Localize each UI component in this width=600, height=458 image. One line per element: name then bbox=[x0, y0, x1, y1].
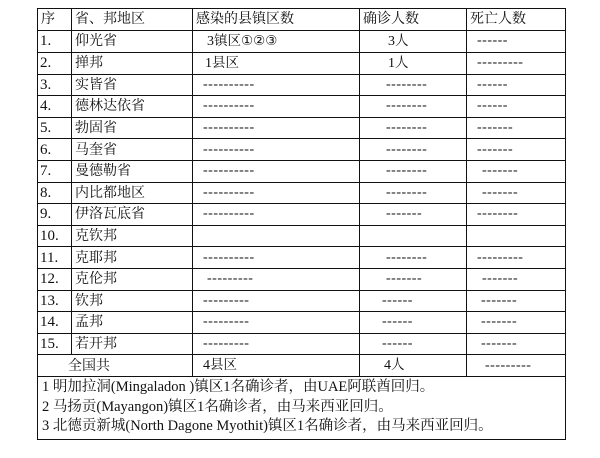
row-region: 孟邦 bbox=[72, 312, 193, 334]
footnotes-row: 1 明加拉洞(Mingaladon )镇区1名确诊者，由UAE阿联酋回归。 2 … bbox=[38, 377, 566, 440]
row-region: 掸邦 bbox=[72, 52, 193, 74]
row-deaths: -------- bbox=[467, 204, 566, 226]
row-index: 2. bbox=[38, 52, 72, 74]
row-region: 内比都地区 bbox=[72, 182, 193, 204]
row-region: 马奎省 bbox=[72, 139, 193, 161]
confirmed-count: 3 bbox=[388, 34, 395, 49]
row-townships: ---------- bbox=[193, 74, 360, 96]
row-index: 6. bbox=[38, 139, 72, 161]
row-confirmed: -------- bbox=[360, 117, 467, 139]
row-deaths: ------- bbox=[467, 333, 566, 355]
row-region: 德林达依省 bbox=[72, 96, 193, 118]
row-confirmed: -------- bbox=[360, 182, 467, 204]
table-row: 4. 德林达依省 ---------- -------- ------ bbox=[38, 96, 566, 118]
header-townships: 感染的县镇区数 bbox=[193, 9, 360, 31]
row-confirmed: -------- bbox=[360, 160, 467, 182]
table-header-row: 序 省、邦地区 感染的县镇区数 确诊人数 死亡人数 bbox=[38, 9, 566, 31]
row-confirmed: -------- bbox=[360, 139, 467, 161]
row-index: 11. bbox=[38, 247, 72, 269]
row-deaths bbox=[467, 225, 566, 247]
row-confirmed: ------ bbox=[360, 312, 467, 334]
row-townships: --------- bbox=[193, 333, 360, 355]
row-townships: ---------- bbox=[193, 247, 360, 269]
total-confirmed-count: 4 bbox=[384, 358, 391, 373]
header-index: 序 bbox=[38, 9, 72, 31]
table-row: 10. 克钦邦 bbox=[38, 225, 566, 247]
total-townships-count: 4 bbox=[203, 358, 210, 373]
table-row: 8. 内比都地区 ---------- -------- ------- bbox=[38, 182, 566, 204]
table-row: 12. 克伦邦 --------- ------- ------- bbox=[38, 268, 566, 290]
row-region: 勃固省 bbox=[72, 117, 193, 139]
header-confirmed: 确诊人数 bbox=[360, 9, 467, 31]
row-confirmed: ------- bbox=[360, 204, 467, 226]
confirmed-unit: 人 bbox=[395, 33, 409, 49]
total-townships: 4县区 bbox=[193, 355, 360, 377]
row-index: 12. bbox=[38, 268, 72, 290]
row-confirmed: -------- bbox=[360, 247, 467, 269]
row-townships: ---------- bbox=[193, 160, 360, 182]
total-row: 全国共 4县区 4人 --------- bbox=[38, 355, 566, 377]
row-index: 1. bbox=[38, 30, 72, 52]
row-townships bbox=[193, 225, 360, 247]
table-row: 3. 实皆省 ---------- -------- ------ bbox=[38, 74, 566, 96]
row-townships: --------- bbox=[193, 268, 360, 290]
row-index: 7. bbox=[38, 160, 72, 182]
row-deaths: ------- bbox=[467, 312, 566, 334]
footnotes: 1 明加拉洞(Mingaladon )镇区1名确诊者，由UAE阿联酋回归。 2 … bbox=[38, 377, 566, 440]
header-deaths: 死亡人数 bbox=[467, 9, 566, 31]
row-index: 4. bbox=[38, 96, 72, 118]
confirmed-unit: 人 bbox=[395, 55, 409, 71]
footnote-2: 2 马扬贡(Mayangon)镇区1名确诊者，由马来西亚回归。 bbox=[42, 398, 565, 418]
row-townships: --------- bbox=[193, 290, 360, 312]
table-row: 9. 伊洛瓦底省 ---------- ------- -------- bbox=[38, 204, 566, 226]
row-confirmed: ------ bbox=[360, 290, 467, 312]
row-deaths: --------- bbox=[467, 52, 566, 74]
row-confirmed: -------- bbox=[360, 74, 467, 96]
table-row: 7. 曼德勒省 ---------- -------- ------- bbox=[38, 160, 566, 182]
row-confirmed: ------ bbox=[360, 333, 467, 355]
row-deaths: ------- bbox=[467, 117, 566, 139]
row-confirmed: ------- bbox=[360, 268, 467, 290]
row-index: 5. bbox=[38, 117, 72, 139]
row-confirmed bbox=[360, 225, 467, 247]
total-deaths: --------- bbox=[467, 355, 566, 377]
table-row: 6. 马奎省 ---------- -------- ------- bbox=[38, 139, 566, 161]
row-region: 仰光省 bbox=[72, 30, 193, 52]
row-townships: ---------- bbox=[193, 204, 360, 226]
row-deaths: ------- bbox=[467, 290, 566, 312]
row-deaths: ------ bbox=[467, 74, 566, 96]
row-confirmed: -------- bbox=[360, 96, 467, 118]
footnote-3: 3 北德贡新城(North Dagone Myothit)镇区1名确诊者，由马来… bbox=[42, 417, 565, 437]
row-deaths: --------- bbox=[467, 247, 566, 269]
header-region: 省、邦地区 bbox=[72, 9, 193, 31]
row-region: 曼德勒省 bbox=[72, 160, 193, 182]
row-townships: --------- bbox=[193, 312, 360, 334]
table-row: 5. 勃固省 ---------- -------- ------- bbox=[38, 117, 566, 139]
row-townships: 3镇区①②③ bbox=[193, 30, 360, 52]
row-townships: ---------- bbox=[193, 117, 360, 139]
row-townships: ---------- bbox=[193, 139, 360, 161]
townships-count: 3 bbox=[207, 34, 214, 49]
row-index: 10. bbox=[38, 225, 72, 247]
row-index: 14. bbox=[38, 312, 72, 334]
row-confirmed: 3人 bbox=[360, 30, 467, 52]
townships-count: 1 bbox=[205, 56, 212, 71]
row-deaths: ------- bbox=[467, 160, 566, 182]
table-row: 11. 克耶邦 ---------- -------- --------- bbox=[38, 247, 566, 269]
townships-unit: 镇区①②③ bbox=[214, 33, 277, 49]
total-confirmed: 4人 bbox=[360, 355, 467, 377]
row-region: 实皆省 bbox=[72, 74, 193, 96]
row-index: 3. bbox=[38, 74, 72, 96]
row-region: 克钦邦 bbox=[72, 225, 193, 247]
row-townships: ---------- bbox=[193, 96, 360, 118]
table-row: 2. 掸邦 1县区 1人 --------- bbox=[38, 52, 566, 74]
row-index: 13. bbox=[38, 290, 72, 312]
row-deaths: ------ bbox=[467, 96, 566, 118]
row-region: 伊洛瓦底省 bbox=[72, 204, 193, 226]
table-row: 15. 若开邦 --------- ------ ------- bbox=[38, 333, 566, 355]
row-index: 15. bbox=[38, 333, 72, 355]
row-deaths: ------ bbox=[467, 30, 566, 52]
table-row: 14. 孟邦 --------- ------ ------- bbox=[38, 312, 566, 334]
row-region: 钦邦 bbox=[72, 290, 193, 312]
confirmed-count: 1 bbox=[388, 56, 395, 71]
row-deaths: ------- bbox=[467, 268, 566, 290]
row-townships: 1县区 bbox=[193, 52, 360, 74]
table-row: 13. 钦邦 --------- ------ ------- bbox=[38, 290, 566, 312]
total-label: 全国共 bbox=[38, 355, 193, 377]
row-region: 克伦邦 bbox=[72, 268, 193, 290]
total-townships-unit: 县区 bbox=[210, 357, 237, 373]
row-region: 若开邦 bbox=[72, 333, 193, 355]
row-region: 克耶邦 bbox=[72, 247, 193, 269]
table-row: 1. 仰光省 3镇区①②③ 3人 ------ bbox=[38, 30, 566, 52]
total-confirmed-unit: 人 bbox=[391, 357, 405, 373]
row-index: 9. bbox=[38, 204, 72, 226]
footnote-1: 1 明加拉洞(Mingaladon )镇区1名确诊者，由UAE阿联酋回归。 bbox=[42, 378, 565, 398]
row-deaths: ------- bbox=[467, 182, 566, 204]
row-index: 8. bbox=[38, 182, 72, 204]
row-confirmed: 1人 bbox=[360, 52, 467, 74]
row-townships: ---------- bbox=[193, 182, 360, 204]
covid-cases-by-region-table: 序 省、邦地区 感染的县镇区数 确诊人数 死亡人数 1. 仰光省 3镇区①②③ … bbox=[37, 8, 566, 440]
row-deaths: ------- bbox=[467, 139, 566, 161]
townships-unit: 县区 bbox=[212, 55, 239, 71]
